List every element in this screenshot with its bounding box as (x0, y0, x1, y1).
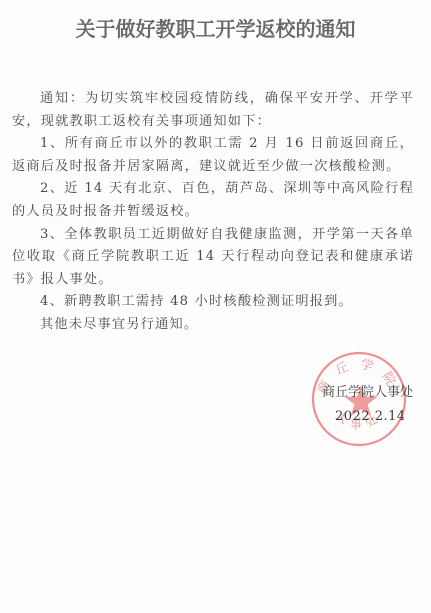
closing-paragraph: 其他未尽事宜另行通知。 (12, 314, 414, 337)
item-4-paragraph: 4、新聘教职工需持 48 小时核酸检测证明报到。 (12, 291, 414, 314)
document-body: 通知：为切实筑牢校园疫情防线，确保平安开学、开学平安，现就教职工返校有关事项通知… (12, 88, 414, 337)
signature-date: 2022.2.14 (335, 408, 406, 426)
item-1-paragraph: 1、所有商丘市以外的教职工需 2 月 16 日前返回商丘，返商后及时报备并居家隔… (12, 133, 414, 178)
document-title: 关于做好教职工开学返校的通知 (0, 16, 431, 42)
signature-text: 商丘学院人事处 (322, 384, 413, 402)
item-2-paragraph: 2、近 14 天有北京、百色，葫芦岛、深圳等中高风险行程的人员及时报备并暂缓返校… (12, 178, 414, 223)
document-page: 关于做好教职工开学返校的通知 通知：为切实筑牢校园疫情防线，确保平安开学、开学平… (0, 0, 431, 613)
intro-paragraph: 通知：为切实筑牢校园疫情防线，确保平安开学、开学平安，现就教职工返校有关事项通知… (12, 88, 414, 133)
item-3-paragraph: 3、全体教职员工近期做好自我健康监测，开学第一天各单位收取《商丘学院教职工近 1… (12, 224, 414, 292)
